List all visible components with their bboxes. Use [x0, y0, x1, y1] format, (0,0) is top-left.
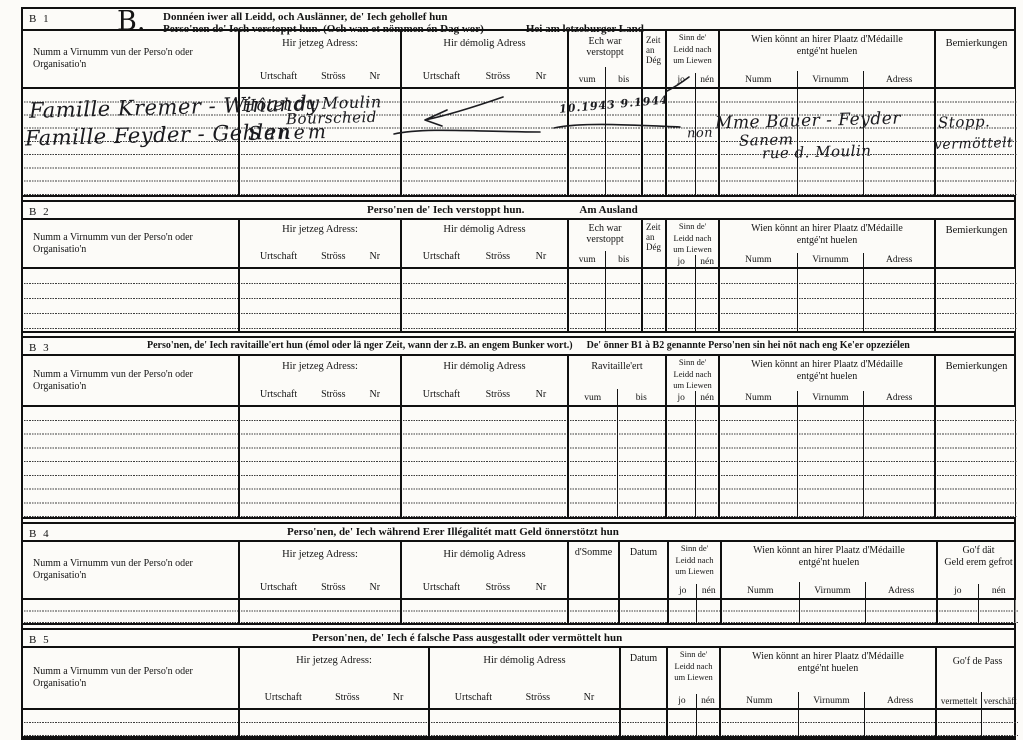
- b1-col-name: Numm a Virnumm vun der Perso'n oder Orga…: [23, 31, 238, 87]
- jetzeg-adress-label: Hir jetzeg Adress:: [240, 220, 400, 235]
- section-b1-id: B 1: [29, 11, 117, 25]
- b3-medaille-adress-field: [863, 407, 934, 517]
- b1-sinn-field: [665, 89, 718, 195]
- medaille-sublabels: NummVirnummAdress: [720, 71, 934, 87]
- long-pen-stroke-icon: [551, 119, 683, 133]
- name-col-label: Numm a Virnumm vun der Perso'n oder Orga…: [33, 232, 228, 256]
- adress-sublabels: UrtschaftStrössNr: [240, 692, 428, 708]
- b5-verschaft-field: [981, 710, 1018, 714]
- b4-datum-field: [618, 600, 667, 623]
- nen-label: nén: [978, 584, 1019, 598]
- bemierkungen-label: Bemierkungen: [936, 225, 1017, 236]
- urtschaft-label: Urtschaft: [455, 692, 492, 703]
- b5-col-datum: Datum: [619, 648, 666, 708]
- section-b3-title-right: De' önner B1 à B2 genannte Perso'nen sin…: [587, 340, 910, 351]
- medaille-sublabels: NummVirnummAdress: [721, 692, 935, 708]
- stross-label: Ströss: [321, 71, 345, 82]
- adress-label: Adress: [863, 71, 934, 87]
- gof-geld-sublabels: jonén: [938, 584, 1019, 598]
- virnumm-label: Virnumm: [797, 253, 864, 267]
- adress-sublabels: UrtschaftStrössNr: [430, 692, 619, 708]
- urtschaft-label: Urtschaft: [423, 389, 460, 400]
- stross-label: Ströss: [486, 251, 510, 262]
- jo-nen-sublabels: jonén: [668, 694, 719, 708]
- b4-sinn-field: [667, 600, 720, 623]
- section-b1: B 1 B. Donnéen iwer all Leidd, och Auslä…: [23, 9, 1014, 197]
- b4-gof-jo-field: [938, 600, 978, 623]
- name-col-label: Numm a Virnumm vun der Perso'n oder Orga…: [33, 47, 228, 71]
- section-b3-titlebar: B 3 Perso'nen, de' Iech ravitaille'ert h…: [23, 338, 1014, 356]
- stross-label: Ströss: [526, 692, 550, 703]
- handwriting-medal-line3: rue d. Moulin: [762, 142, 872, 163]
- nr-label: Nr: [369, 251, 380, 262]
- demolig-adress-label: Hir démolig Adress: [430, 648, 619, 666]
- numm-label: Numm: [721, 692, 798, 708]
- b3-col-name: Numm a Virnumm vun der Perso'n oder Orga…: [23, 356, 238, 405]
- sinn-label-1: Sinn de': [668, 648, 719, 660]
- wien-label-2: entgé'nt huelen: [722, 557, 936, 569]
- b5-jetzeg-field: [238, 710, 428, 714]
- b4-medaille-adress-field: [865, 600, 936, 623]
- section-b2-title: Perso'nen de' Iech verstoppt hun.: [367, 204, 524, 216]
- demolig-adress-label: Hir démolig Adress: [402, 356, 567, 372]
- zeit-label-3: Dég: [646, 55, 665, 65]
- b2-col-sinn-liewen: Sinn de' Leidd nach um Liewen jonén: [665, 220, 718, 267]
- b3-bis-field: [617, 407, 666, 517]
- zeit-label-1: Zeit: [646, 222, 665, 232]
- nr-label: Nr: [536, 582, 547, 593]
- stross-label: Ströss: [321, 251, 345, 262]
- b2-col-medaille: Wien könnt an hirer Plaatz d'Médaille en…: [718, 220, 934, 267]
- section-b4-body: [23, 600, 1014, 623]
- section-b5-id: B 5: [29, 632, 117, 646]
- b2-col-verstoppt: Ech war verstoppt vumbis: [567, 220, 641, 267]
- sinn-label-3: um Liewen: [667, 379, 718, 391]
- zeit-label-1: Zeit: [646, 35, 665, 45]
- b5-col-name: Numm a Virnumm vun der Perso'n oder Orga…: [23, 648, 238, 708]
- nr-label: Nr: [536, 389, 547, 400]
- b5-gof-pass-field: [935, 710, 1018, 714]
- b2-jetzeg-field: [238, 269, 400, 331]
- bemierkungen-label: Bemierkungen: [936, 361, 1017, 372]
- b2-col-demolig-adress: Hir démolig Adress UrtschaftStrössNr: [400, 220, 567, 267]
- bis-label: bis: [617, 389, 666, 405]
- nr-label: Nr: [369, 71, 380, 82]
- section-b4-titlebar: B 4 Perso'nen, de' Iech während Erer Ill…: [23, 524, 1014, 542]
- b3-sinn-field: [665, 407, 718, 517]
- section-b4-title: Perso'nen, de' Iech während Erer Illégal…: [287, 526, 619, 538]
- zeit-label-2: an: [646, 232, 665, 242]
- wien-label-1: Wien könnt an hirer Plaatz d'Médaille: [720, 356, 934, 371]
- name-col-label: Numm a Virnumm vun der Perso'n oder Orga…: [33, 558, 228, 582]
- adress-sublabels: UrtschaftStrössNr: [402, 71, 567, 87]
- b4-col-medaille: Wien könnt an hirer Plaatz d'Médaille en…: [720, 542, 936, 598]
- b5-medaille-field: [719, 710, 935, 714]
- numm-label: Numm: [720, 253, 797, 267]
- adress-label: Adress: [865, 582, 936, 598]
- b4-col-demolig-adress: Hir démolig Adress UrtschaftStrössNr: [400, 542, 567, 598]
- section-b3: B 3 Perso'nen, de' Iech ravitaille'ert h…: [23, 336, 1014, 519]
- b5-name-field: [23, 710, 238, 714]
- section-b1-titlebar: B 1 B. Donnéen iwer all Leidd, och Auslä…: [23, 9, 1014, 31]
- b5-medaille-numm-field: [721, 710, 798, 714]
- section-b1-header-row: Numm a Virnumm vun der Perso'n oder Orga…: [23, 31, 1014, 89]
- section-b2-title-right: Am Ausland: [579, 204, 637, 216]
- b3-jo-field: [667, 407, 695, 517]
- b1-col-zeit: ZeitanDég: [641, 31, 665, 87]
- gof-geld-label-1: Go'f dät: [938, 542, 1019, 557]
- sinn-label-2: Leidd nach: [669, 554, 720, 566]
- stross-label: Ströss: [321, 389, 345, 400]
- stross-label: Ströss: [486, 389, 510, 400]
- section-b2-titlebar: B 2 Perso'nen de' Iech verstoppt hun. Am…: [23, 202, 1014, 220]
- vum-label: vum: [569, 389, 617, 405]
- stross-label: Ströss: [486, 582, 510, 593]
- b5-col-gof-pass: Go'f de Pass vermetteltverschäft: [935, 648, 1018, 708]
- scanned-form-page: B 1 B. Donnéen iwer all Leidd, och Auslä…: [21, 7, 1016, 714]
- section-b3-header-row: Numm a Virnumm vun der Perso'n oder Orga…: [23, 356, 1014, 407]
- nr-label: Nr: [536, 71, 547, 82]
- b2-col-name: Numm a Virnumm vun der Perso'n oder Orga…: [23, 220, 238, 267]
- sinn-label-2: Leidd nach: [667, 368, 718, 380]
- adress-sublabels: UrtschaftStrössNr: [402, 389, 567, 405]
- pen-slash-jo-icon: [665, 75, 691, 93]
- verstoppt-label: Ech war verstoppt: [569, 220, 641, 245]
- datum-label: Datum: [621, 648, 666, 664]
- gof-pass-label: Go'f de Pass: [937, 648, 1018, 668]
- sinn-label-1: Sinn de': [667, 220, 718, 232]
- sinn-label-3: um Liewen: [667, 243, 718, 255]
- ditto-arrow-stroke-icon: [415, 93, 507, 127]
- b2-medaille-virnumm-field: [797, 269, 864, 331]
- wien-label-1: Wien könnt an hirer Plaatz d'Médaille: [722, 542, 936, 557]
- b2-bemierkungen-field: [934, 269, 1017, 331]
- jo-label: jo: [667, 255, 695, 269]
- jetzeg-adress-label: Hir jetzeg Adress:: [240, 542, 400, 560]
- jo-nen-sublabels: jonén: [667, 391, 718, 405]
- jo-nen-sublabels: jonén: [667, 255, 718, 269]
- virnumm-label: Virnumm: [797, 71, 864, 87]
- section-b3-title: Perso'nen, de' Iech ravitaille'ert hun (…: [147, 340, 573, 351]
- urtschaft-label: Urtschaft: [423, 71, 460, 82]
- gof-pass-sublabels: vermetteltverschäft: [937, 692, 1018, 708]
- jetzeg-adress-label: Hir jetzeg Adress:: [240, 356, 400, 372]
- b2-zeit-field: [641, 269, 665, 331]
- jo-nen-sublabels: jonén: [669, 584, 720, 598]
- b4-jo-field: [669, 600, 696, 623]
- wien-label-2: entgé'nt huelen: [720, 46, 934, 58]
- b1-nen-field: [695, 89, 718, 195]
- b2-col-jetzeg-adress: Hir jetzeg Adress: UrtschaftStrössNr: [238, 220, 400, 267]
- ravitailleert-label: Ravitaille'ert: [569, 356, 665, 372]
- medaille-sublabels: NummVirnummAdress: [720, 391, 934, 405]
- jo-label: jo: [938, 584, 978, 598]
- b5-datum-field: [619, 710, 666, 714]
- adress-label: Adress: [863, 391, 934, 405]
- sinn-label-2: Leidd nach: [667, 43, 718, 55]
- urtschaft-label: Urtschaft: [260, 389, 297, 400]
- b4-col-sinn-liewen: Sinn de' Leidd nach um Liewen jonén: [667, 542, 720, 598]
- b2-col-bemierkungen: Bemierkungen: [934, 220, 1017, 267]
- section-b2-header-row: Numm a Virnumm vun der Perso'n oder Orga…: [23, 220, 1014, 269]
- section-b1-title-line1: Donnéen iwer all Leidd, och Auslänner, d…: [163, 11, 644, 23]
- stross-label: Ströss: [335, 692, 359, 703]
- b3-nen-field: [695, 407, 718, 517]
- name-col-label: Numm a Virnumm vun der Perso'n oder Orga…: [33, 369, 228, 393]
- stross-label: Ströss: [321, 582, 345, 593]
- b4-medaille-virnumm-field: [799, 600, 866, 623]
- demolig-adress-label: Hir démolig Adress: [402, 31, 567, 49]
- b4-medaille-numm-field: [722, 600, 799, 623]
- section-b4-id: B 4: [29, 526, 117, 540]
- adress-sublabels: UrtschaftStrössNr: [240, 71, 400, 87]
- b3-medaille-field: [718, 407, 934, 517]
- urtschaft-label: Urtschaft: [423, 251, 460, 262]
- verstoppt-sublabels: vumbis: [569, 251, 641, 267]
- jo-label: jo: [668, 694, 696, 708]
- b2-medaille-field: [718, 269, 934, 331]
- b3-col-ravitailleert: Ravitaille'ert vumbis: [567, 356, 665, 405]
- b3-demolig-field: [400, 407, 567, 517]
- b4-col-datum: Datum: [618, 542, 667, 598]
- urtschaft-label: Urtschaft: [260, 71, 297, 82]
- verschaft-label: verschäft: [981, 692, 1018, 708]
- b3-name-field: [23, 407, 238, 517]
- urtschaft-label: Urtschaft: [260, 582, 297, 593]
- ravitailleert-sublabels: vumbis: [569, 389, 665, 405]
- b1-jo-field: [667, 89, 695, 195]
- b2-jo-field: [667, 269, 695, 331]
- verstoppt-label: Ech war verstoppt: [569, 31, 641, 58]
- gof-geld-label-2: Geld erem gefrot: [938, 557, 1019, 569]
- virnumm-label: Virnumm: [797, 391, 864, 405]
- zeit-label-3: Dég: [646, 242, 665, 252]
- b5-sinn-field: [666, 710, 719, 714]
- b5-col-medaille: Wien könnt an hirer Plaatz d'Médaille en…: [719, 648, 935, 708]
- nr-label: Nr: [536, 251, 547, 262]
- section-b5-header-row: Numm a Virnumm vun der Perso'n oder Orga…: [23, 648, 1014, 710]
- b2-vum-field: [569, 269, 605, 331]
- numm-label: Numm: [720, 391, 797, 405]
- handwriting-liewen-nen: non: [687, 126, 713, 142]
- handwriting-bemierkung-line2: vermöttelt: [934, 135, 1014, 153]
- b5-jo-field: [668, 710, 696, 714]
- demolig-adress-label: Hir démolig Adress: [402, 542, 567, 560]
- b3-col-bemierkungen: Bemierkungen: [934, 356, 1017, 405]
- jo-label: jo: [669, 584, 696, 598]
- section-b5-title: Person'nen, de' Iech é falsche Pass ausg…: [312, 632, 622, 644]
- handwriting-bemierkung-line1: Stopp.: [938, 112, 991, 131]
- nen-label: nén: [695, 73, 718, 87]
- adress-label: Adress: [863, 253, 934, 267]
- b4-somme-field: [567, 600, 618, 623]
- virnumm-label: Virnumm: [798, 692, 865, 708]
- b2-medaille-numm-field: [720, 269, 797, 331]
- stross-label: Ströss: [486, 71, 510, 82]
- zeit-label-2: an: [646, 45, 665, 55]
- sinn-label-1: Sinn de': [667, 356, 718, 368]
- b5-demolig-field: [428, 710, 619, 714]
- b3-vum-field: [569, 407, 617, 517]
- vermettelt-label: vermettelt: [937, 692, 981, 708]
- section-b5: B 5 Person'nen, de' Iech é falsche Pass …: [23, 628, 1014, 714]
- virnumm-label: Virnumm: [799, 582, 866, 598]
- b4-col-somme: d'Somme: [567, 542, 618, 598]
- urtschaft-label: Urtschaft: [260, 251, 297, 262]
- sinn-label-1: Sinn de': [669, 542, 720, 554]
- b1-col-demolig-adress: Hir démolig Adress UrtschaftStrössNr: [400, 31, 567, 87]
- verstoppt-sublabels: vumbis: [569, 67, 641, 87]
- demolig-adress-label: Hir démolig Adress: [402, 220, 567, 235]
- nr-label: Nr: [369, 582, 380, 593]
- b3-col-sinn-liewen: Sinn de' Leidd nach um Liewen jonén: [665, 356, 718, 405]
- adress-sublabels: UrtschaftStrössNr: [402, 582, 567, 598]
- name-col-label: Numm a Virnumm vun der Perso'n oder Orga…: [33, 666, 228, 690]
- wien-label-2: entgé'nt huelen: [720, 371, 934, 383]
- adress-label: Adress: [864, 692, 935, 708]
- somme-label: d'Somme: [569, 542, 618, 558]
- b4-col-name: Numm a Virnumm vun der Perso'n oder Orga…: [23, 542, 238, 598]
- nen-label: nén: [695, 391, 718, 405]
- b2-verstoppt-field: [567, 269, 641, 331]
- numm-label: Numm: [722, 582, 799, 598]
- b2-demolig-field: [400, 269, 567, 331]
- sinn-label-2: Leidd nach: [667, 232, 718, 244]
- sinn-label-1: Sinn de': [667, 31, 718, 43]
- b2-nen-field: [695, 269, 718, 331]
- long-pen-stroke-icon: [391, 123, 543, 139]
- section-b2: B 2 Perso'nen de' Iech verstoppt hun. Am…: [23, 200, 1014, 333]
- sinn-label-3: um Liewen: [669, 565, 720, 577]
- nen-label: nén: [696, 694, 719, 708]
- b5-medaille-adress-field: [864, 710, 935, 714]
- b4-nen-field: [696, 600, 720, 623]
- jetzeg-adress-label: Hir jetzeg Adress:: [240, 31, 400, 49]
- b3-medaille-virnumm-field: [797, 407, 864, 517]
- b4-demolig-field: [400, 600, 567, 623]
- section-b5-titlebar: B 5 Person'nen, de' Iech é falsche Pass …: [23, 630, 1014, 648]
- b5-medaille-virnumm-field: [798, 710, 865, 714]
- b1-col-medaille: Wien könnt an hirer Plaatz d'Médaille en…: [718, 31, 934, 87]
- b3-jetzeg-field: [238, 407, 400, 517]
- b5-col-jetzeg-adress: Hir jetzeg Adress: UrtschaftStrössNr: [238, 648, 428, 708]
- b2-col-zeit: ZeitanDég: [641, 220, 665, 267]
- section-b3-id: B 3: [29, 340, 117, 354]
- section-b4-header-row: Numm a Virnumm vun der Perso'n oder Orga…: [23, 542, 1014, 600]
- bemierkungen-label: Bemierkungen: [936, 38, 1017, 49]
- section-b2-body: [23, 269, 1014, 331]
- b3-bemierkungen-field: [934, 407, 1017, 517]
- b2-sinn-field: [665, 269, 718, 331]
- b3-col-demolig-adress: Hir démolig Adress UrtschaftStrössNr: [400, 356, 567, 405]
- b2-bis-field: [605, 269, 641, 331]
- adress-sublabels: UrtschaftStrössNr: [240, 582, 400, 598]
- b4-gof-nen-field: [978, 600, 1019, 623]
- b4-gof-geld-field: [936, 600, 1019, 623]
- section-b5-body: [23, 710, 1014, 714]
- b5-col-demolig-adress: Hir démolig Adress UrtschaftStrössNr: [428, 648, 619, 708]
- vum-label: vum: [569, 251, 605, 267]
- nr-label: Nr: [393, 692, 404, 703]
- b5-vermettelt-field: [937, 710, 981, 714]
- b5-col-sinn-liewen: Sinn de' Leidd nach um Liewen jonén: [666, 648, 719, 708]
- b1-col-jetzeg-adress: Hir jetzeg Adress: UrtschaftStrössNr: [238, 31, 400, 87]
- adress-sublabels: UrtschaftStrössNr: [240, 389, 400, 405]
- b3-col-medaille: Wien könnt an hirer Plaatz d'Médaille en…: [718, 356, 934, 405]
- wien-label-2: entgé'nt huelen: [720, 235, 934, 247]
- section-b1-big-letter: B.: [117, 11, 163, 33]
- wien-label-2: entgé'nt huelen: [721, 663, 935, 675]
- medaille-sublabels: NummVirnummAdress: [722, 582, 936, 598]
- vum-label: vum: [569, 67, 605, 87]
- b2-medaille-adress-field: [863, 269, 934, 331]
- b4-col-gof-geld: Go'f dät Geld erem gefrot jonén: [936, 542, 1019, 598]
- b3-medaille-numm-field: [720, 407, 797, 517]
- b4-jetzeg-field: [238, 600, 400, 623]
- jetzeg-adress-label: Hir jetzeg Adress:: [240, 648, 428, 666]
- b3-col-jetzeg-adress: Hir jetzeg Adress: UrtschaftStrössNr: [238, 356, 400, 405]
- section-b3-body: [23, 407, 1014, 517]
- b4-name-field: [23, 600, 238, 623]
- urtschaft-label: Urtschaft: [423, 582, 460, 593]
- sinn-label-3: um Liewen: [668, 671, 719, 683]
- b1-col-verstoppt: Ech war verstoppt vumbis: [567, 31, 641, 87]
- bis-label: bis: [605, 251, 641, 267]
- nr-label: Nr: [369, 389, 380, 400]
- bis-label: bis: [605, 67, 641, 87]
- b5-nen-field: [696, 710, 719, 714]
- section-b2-id: B 2: [29, 204, 117, 218]
- sinn-label-2: Leidd nach: [668, 660, 719, 672]
- nen-label: nén: [696, 584, 720, 598]
- wien-label-1: Wien könnt an hirer Plaatz d'Médaille: [720, 31, 934, 46]
- section-b4: B 4 Perso'nen, de' Iech während Erer Ill…: [23, 522, 1014, 625]
- nr-label: Nr: [584, 692, 595, 703]
- adress-sublabels: UrtschaftStrössNr: [402, 251, 567, 267]
- b4-medaille-field: [720, 600, 936, 623]
- wien-label-1: Wien könnt an hirer Plaatz d'Médaille: [721, 648, 935, 663]
- b1-col-bemierkungen: Bemierkungen: [934, 31, 1017, 87]
- adress-sublabels: UrtschaftStrössNr: [240, 251, 400, 267]
- b3-ravitailleert-field: [567, 407, 665, 517]
- medaille-sublabels: NummVirnummAdress: [720, 253, 934, 267]
- datum-label: Datum: [620, 542, 667, 558]
- b1-medaille-adress-field: [863, 89, 934, 195]
- handwriting-row2-address: Sanem: [248, 121, 329, 145]
- nen-label: nén: [695, 255, 718, 269]
- sinn-label-3: um Liewen: [667, 54, 718, 66]
- jo-label: jo: [667, 391, 695, 405]
- urtschaft-label: Urtschaft: [265, 692, 302, 703]
- numm-label: Numm: [720, 71, 797, 87]
- b2-name-field: [23, 269, 238, 331]
- wien-label-1: Wien könnt an hirer Plaatz d'Médaille: [720, 220, 934, 235]
- b4-col-jetzeg-adress: Hir jetzeg Adress: UrtschaftStrössNr: [238, 542, 400, 598]
